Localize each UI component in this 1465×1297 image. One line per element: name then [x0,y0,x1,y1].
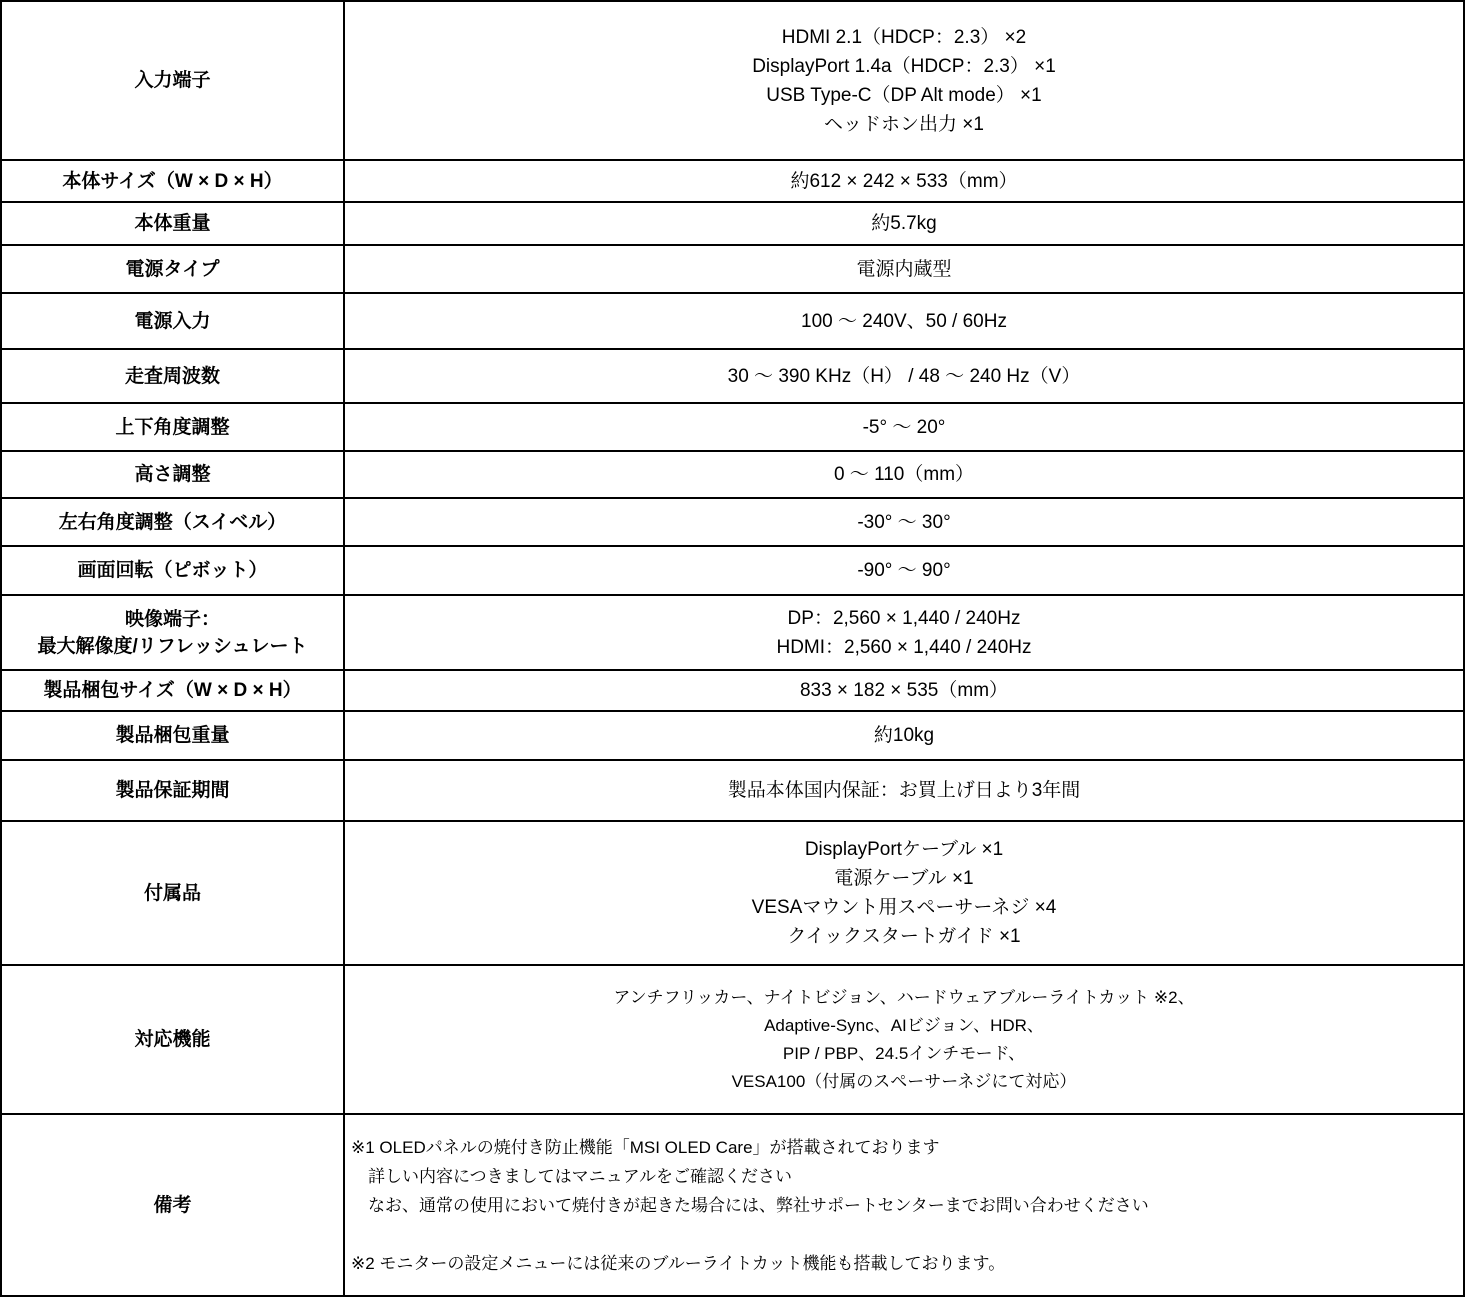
spec-row: 左右角度調整（スイベル）-30° ～ 30° [2,497,1463,545]
spec-label-line: 製品梱包重量 [115,722,229,749]
spec-row: 画面回転（ピボット）-90° ～ 90° [2,545,1463,594]
spec-value-line: -90° ～ 90° [857,556,950,585]
spec-value-line: -5° ～ 20° [863,413,946,442]
spec-value-line: USB Type-C（DP Alt mode） ×1 [766,81,1041,110]
spec-label-cell: 本体重量 [2,203,345,244]
spec-label-line: 備考 [153,1192,191,1219]
spec-label-line: 製品梱包サイズ（W × D × H） [43,677,301,704]
spec-value-line: クイックスタートガイド ×1 [787,922,1020,951]
spec-value-cell: 30 ～ 390 KHz（H） / 48 ～ 240 Hz（V） [345,350,1463,402]
spec-value-cell: ※1 OLEDパネルの焼付き防止機能「MSI OLED Care」が搭載されてお… [345,1115,1463,1295]
spec-label-line: 走査周波数 [125,363,220,390]
spec-value-cell: -30° ～ 30° [345,499,1463,545]
spec-label-cell: 走査周波数 [2,350,345,402]
spec-row: 製品梱包重量約10kg [2,710,1463,759]
spec-value-cell: 電源内蔵型 [345,246,1463,292]
spec-label-cell: 製品梱包重量 [2,712,345,759]
spec-row: 製品保証期間製品本体国内保証：お買上げ日より3年間 [2,759,1463,820]
spec-row: 対応機能アンチフリッカー、ナイトビジョン、ハードウェアブルーライトカット ※2、… [2,964,1463,1113]
spec-value-cell: 100 ～ 240V、50 / 60Hz [345,294,1463,348]
spec-value-cell: DisplayPortケーブル ×1電源ケーブル ×1VESAマウント用スペーサ… [345,822,1463,964]
spec-value-cell: 約5.7kg [345,203,1463,244]
spec-value-line: アンチフリッカー、ナイトビジョン、ハードウェアブルーライトカット ※2、 [613,984,1194,1012]
spec-value-line: 電源ケーブル ×1 [834,864,973,893]
spec-value-cell: -90° ～ 90° [345,547,1463,594]
spec-label-cell: 上下角度調整 [2,404,345,450]
spec-value-cell: 製品本体国内保証：お買上げ日より3年間 [345,761,1463,820]
spec-row: 付属品DisplayPortケーブル ×1電源ケーブル ×1VESAマウント用ス… [2,820,1463,964]
spec-value-line: PIP / PBP、24.5インチモード、 [783,1040,1025,1068]
spec-value-line: -30° ～ 30° [857,508,950,537]
spec-label-cell: 左右角度調整（スイベル） [2,499,345,545]
spec-row: 電源入力100 ～ 240V、50 / 60Hz [2,292,1463,348]
spec-label-line: 本体サイズ（W × D × H） [62,168,282,195]
spec-row: 高さ調整0 ～ 110（mm） [2,450,1463,497]
spec-value-cell: 約10kg [345,712,1463,759]
spec-label-line: 入力端子 [134,67,210,94]
spec-value-line: VESA100（付属のスペーサーネジにて対応） [732,1068,1077,1096]
spec-value-line: なお、通常の使用において焼付きが起きた場合には、弊社サポートセンターまでお問い合… [351,1191,1149,1220]
spec-value-line: ヘッドホン出力 ×1 [824,110,984,139]
spec-row: 本体重量約5.7kg [2,201,1463,244]
spec-row: 本体サイズ（W × D × H）約612 × 242 × 533（mm） [2,159,1463,201]
spec-value-line: ※2 モニターの設定メニューには従来のブルーライトカット機能も搭載しております。 [351,1249,1005,1278]
spec-table: 入力端子HDMI 2.1（HDCP：2.3） ×2DisplayPort 1.4… [0,0,1465,1297]
spec-value-line [351,1220,356,1249]
spec-label-line: 上下角度調整 [115,414,229,441]
spec-value-cell: 833 × 182 × 535（mm） [345,671,1463,710]
spec-value-line: 電源内蔵型 [856,255,951,284]
spec-value-cell: HDMI 2.1（HDCP：2.3） ×2DisplayPort 1.4a（HD… [345,2,1463,159]
spec-value-line: ※1 OLEDパネルの焼付き防止機能「MSI OLED Care」が搭載されてお… [351,1133,940,1162]
spec-label-cell: 画面回転（ピボット） [2,547,345,594]
spec-label-line: 映像端子： [125,606,220,633]
spec-value-cell: -5° ～ 20° [345,404,1463,450]
spec-row: 上下角度調整-5° ～ 20° [2,402,1463,450]
spec-label-line: 画面回転（ピボット） [77,557,267,584]
spec-label-line: 電源入力 [134,308,210,335]
spec-label-line: 高さ調整 [134,461,210,488]
spec-label-cell: 電源入力 [2,294,345,348]
spec-row: 製品梱包サイズ（W × D × H）833 × 182 × 535（mm） [2,669,1463,710]
spec-label-line: 電源タイプ [125,256,219,283]
spec-value-cell: DP：2,560 × 1,440 / 240HzHDMI：2,560 × 1,4… [345,596,1463,669]
spec-value-line: 詳しい内容につきましてはマニュアルをご確認ください [351,1162,792,1191]
spec-label-cell: 入力端子 [2,2,345,159]
spec-value-line: DisplayPortケーブル ×1 [805,835,1003,864]
spec-value-line: 約10kg [874,721,934,750]
spec-label-cell: 高さ調整 [2,452,345,497]
spec-row: 走査周波数30 ～ 390 KHz（H） / 48 ～ 240 Hz（V） [2,348,1463,402]
spec-value-line: DisplayPort 1.4a（HDCP：2.3） ×1 [752,52,1056,81]
spec-value-line: 100 ～ 240V、50 / 60Hz [801,307,1007,336]
spec-value-line: VESAマウント用スペーサーネジ ×4 [752,893,1057,922]
spec-row: 電源タイプ電源内蔵型 [2,244,1463,292]
spec-value-line: 833 × 182 × 535（mm） [800,676,1008,705]
spec-value-line: 約5.7kg [871,209,936,238]
spec-value-cell: アンチフリッカー、ナイトビジョン、ハードウェアブルーライトカット ※2、Adap… [345,966,1463,1113]
spec-value-cell: 0 ～ 110（mm） [345,452,1463,497]
spec-value-line: HDMI 2.1（HDCP：2.3） ×2 [782,23,1026,52]
spec-label-line: 付属品 [144,880,201,907]
spec-value-line: 0 ～ 110（mm） [834,460,974,489]
spec-label-cell: 電源タイプ [2,246,345,292]
spec-label-line: 最大解像度/リフレッシュレート [38,633,308,660]
spec-value-line: 製品本体国内保証：お買上げ日より3年間 [728,776,1081,805]
spec-label-cell: 対応機能 [2,966,345,1113]
spec-row: 備考※1 OLEDパネルの焼付き防止機能「MSI OLED Care」が搭載され… [2,1113,1463,1295]
spec-label-line: 製品保証期間 [115,777,229,804]
spec-label-line: 本体重量 [134,210,210,237]
spec-label-line: 左右角度調整（スイベル） [59,509,287,536]
spec-value-cell: 約612 × 242 × 533（mm） [345,161,1463,201]
spec-label-cell: 映像端子：最大解像度/リフレッシュレート [2,596,345,669]
spec-label-cell: 製品保証期間 [2,761,345,820]
spec-label-line: 対応機能 [134,1026,210,1053]
spec-value-line: Adaptive-Sync、AIビジョン、HDR、 [764,1012,1044,1040]
spec-value-line: HDMI：2,560 × 1,440 / 240Hz [776,633,1031,662]
spec-value-line: 30 ～ 390 KHz（H） / 48 ～ 240 Hz（V） [728,362,1081,391]
spec-label-cell: 付属品 [2,822,345,964]
spec-label-cell: 本体サイズ（W × D × H） [2,161,345,201]
spec-label-cell: 備考 [2,1115,345,1295]
spec-row: 映像端子：最大解像度/リフレッシュレートDP：2,560 × 1,440 / 2… [2,594,1463,669]
spec-label-cell: 製品梱包サイズ（W × D × H） [2,671,345,710]
spec-value-line: DP：2,560 × 1,440 / 240Hz [788,604,1021,633]
spec-value-line: 約612 × 242 × 533（mm） [790,167,1017,196]
spec-row: 入力端子HDMI 2.1（HDCP：2.3） ×2DisplayPort 1.4… [2,2,1463,159]
